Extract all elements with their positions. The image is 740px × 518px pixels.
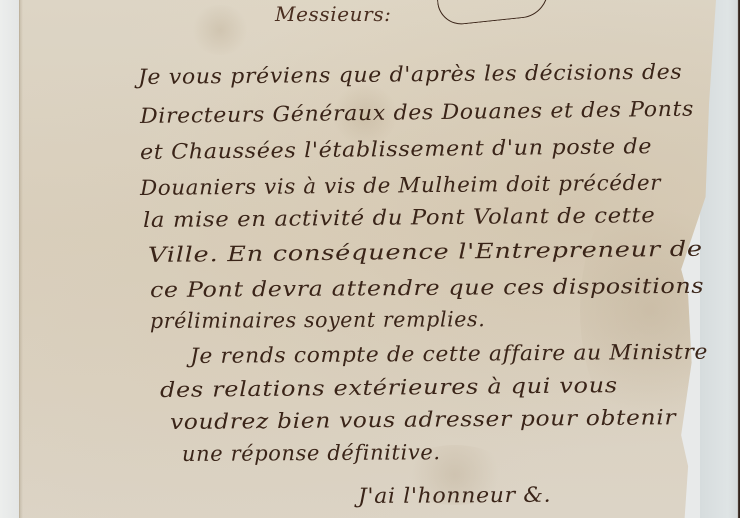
- mount-board-left: [0, 0, 19, 518]
- letter-line: ce Pont devra attendre que ces dispositi…: [150, 274, 704, 302]
- letter-line: une réponse définitive.: [182, 440, 441, 466]
- letter-line: voudrez bien vous adresser pour obtenir: [170, 405, 676, 434]
- letter-line: Je rends compte de cette affaire au Mini…: [190, 340, 708, 368]
- letter-line: préliminaires soyent remplies.: [150, 307, 485, 333]
- salutation: Messieurs:: [275, 2, 392, 26]
- paper-edge-shadow: [19, 0, 23, 518]
- letter-line: des relations extérieures à qui vous: [160, 373, 618, 402]
- closing-line: J'ai l'honneur &.: [358, 483, 551, 508]
- letter-line: la mise en activité du Pont Volant de ce…: [143, 203, 656, 232]
- paper-stain: [190, 5, 250, 55]
